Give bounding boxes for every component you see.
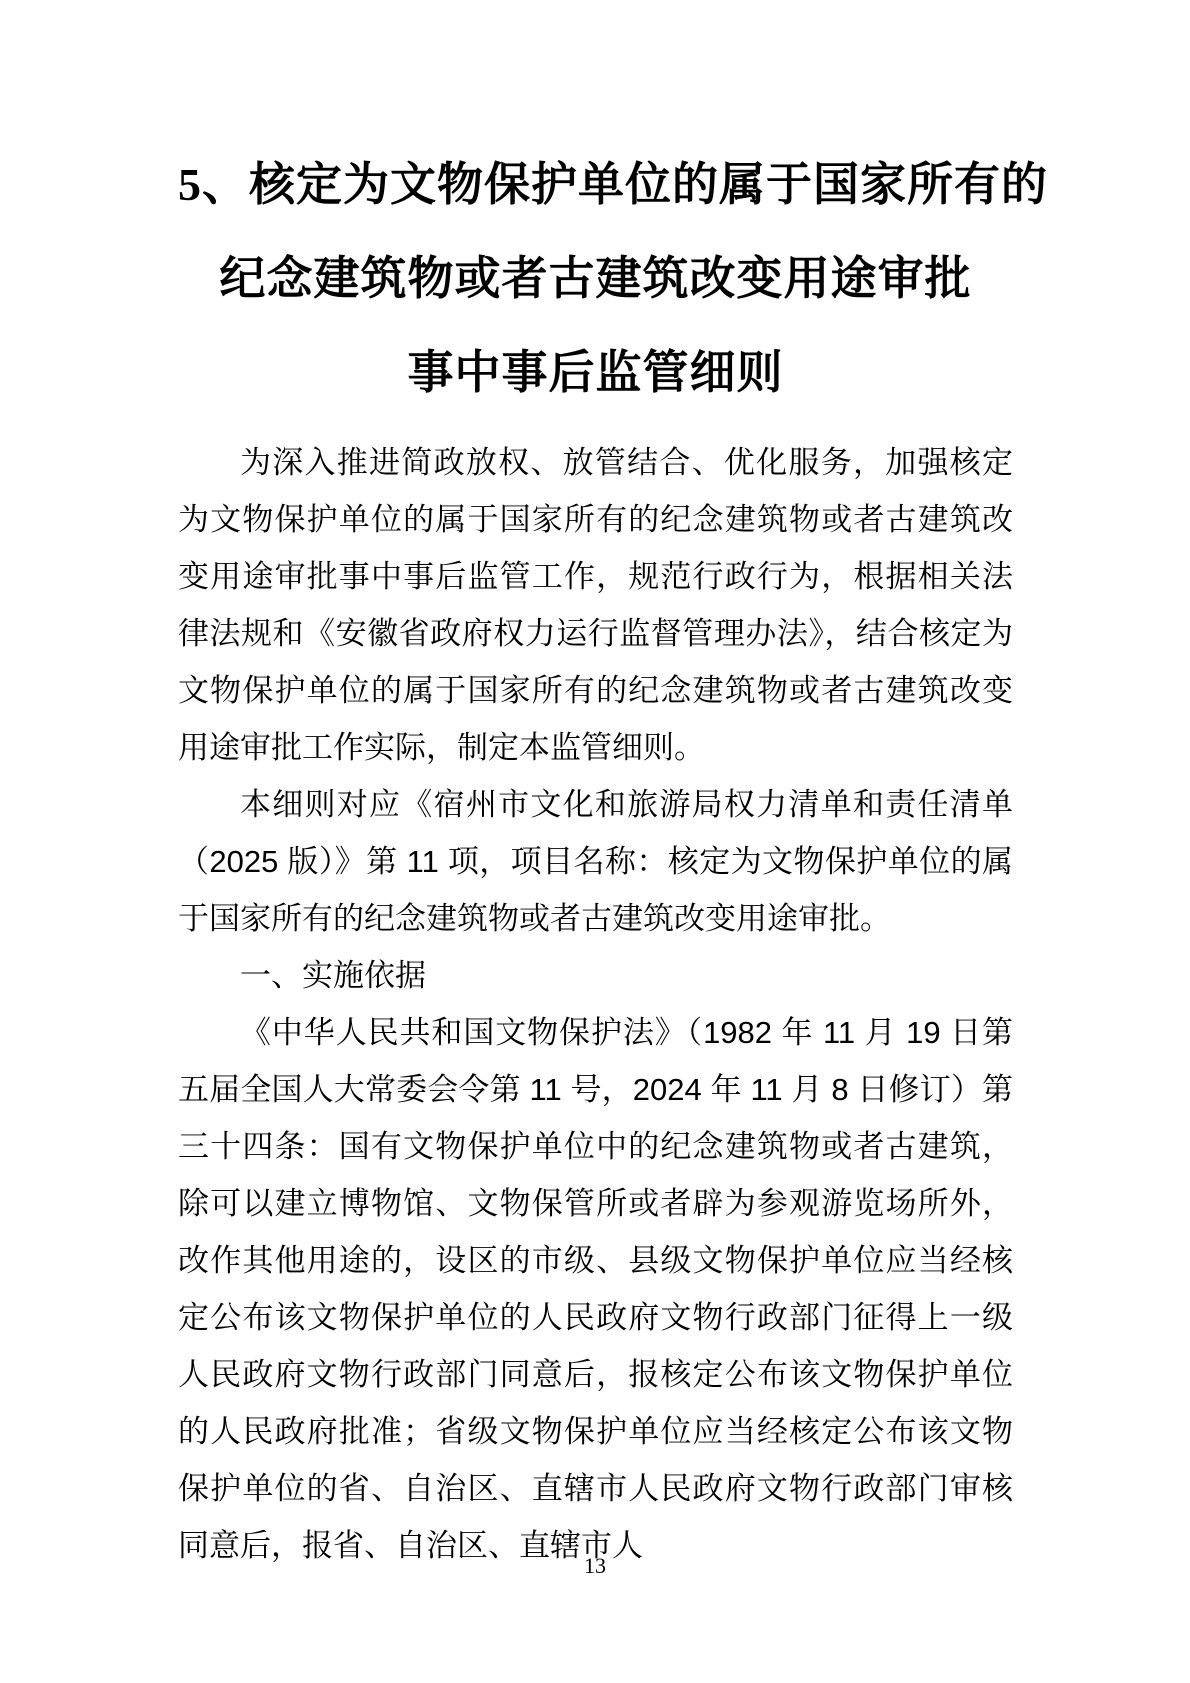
page-number: 13 (0, 1553, 1190, 1579)
title-line-1: 5、核定为文物保护单位的属于国家所有的 (178, 138, 1013, 232)
document-body: 为深入推进简政放权、放管结合、优化服务，加强核定为文物保护单位的属于国家所有的纪… (178, 434, 1013, 1574)
section-heading-implementation-basis: 一、实施依据 (178, 947, 1013, 1004)
document-page: 5、核定为文物保护单位的属于国家所有的 纪念建筑物或者古建筑改变用途审批 事中事… (0, 0, 1190, 1683)
paragraph-legal-basis: 《中华人民共和国文物保护法》（1982 年 11 月 19 日第五届全国人大常委… (178, 1004, 1013, 1574)
paragraph-list-reference: 本细则对应《宿州市文化和旅游局权力清单和责任清单（2025 版）》第 11 项，… (178, 776, 1013, 947)
title-line-2: 纪念建筑物或者古建筑改变用途审批 (178, 232, 1013, 326)
page-content: 5、核定为文物保护单位的属于国家所有的 纪念建筑物或者古建筑改变用途审批 事中事… (178, 138, 1013, 1574)
paragraph-intro: 为深入推进简政放权、放管结合、优化服务，加强核定为文物保护单位的属于国家所有的纪… (178, 434, 1013, 776)
title-line-3: 事中事后监管细则 (178, 326, 1013, 420)
document-title: 5、核定为文物保护单位的属于国家所有的 纪念建筑物或者古建筑改变用途审批 事中事… (178, 138, 1013, 420)
